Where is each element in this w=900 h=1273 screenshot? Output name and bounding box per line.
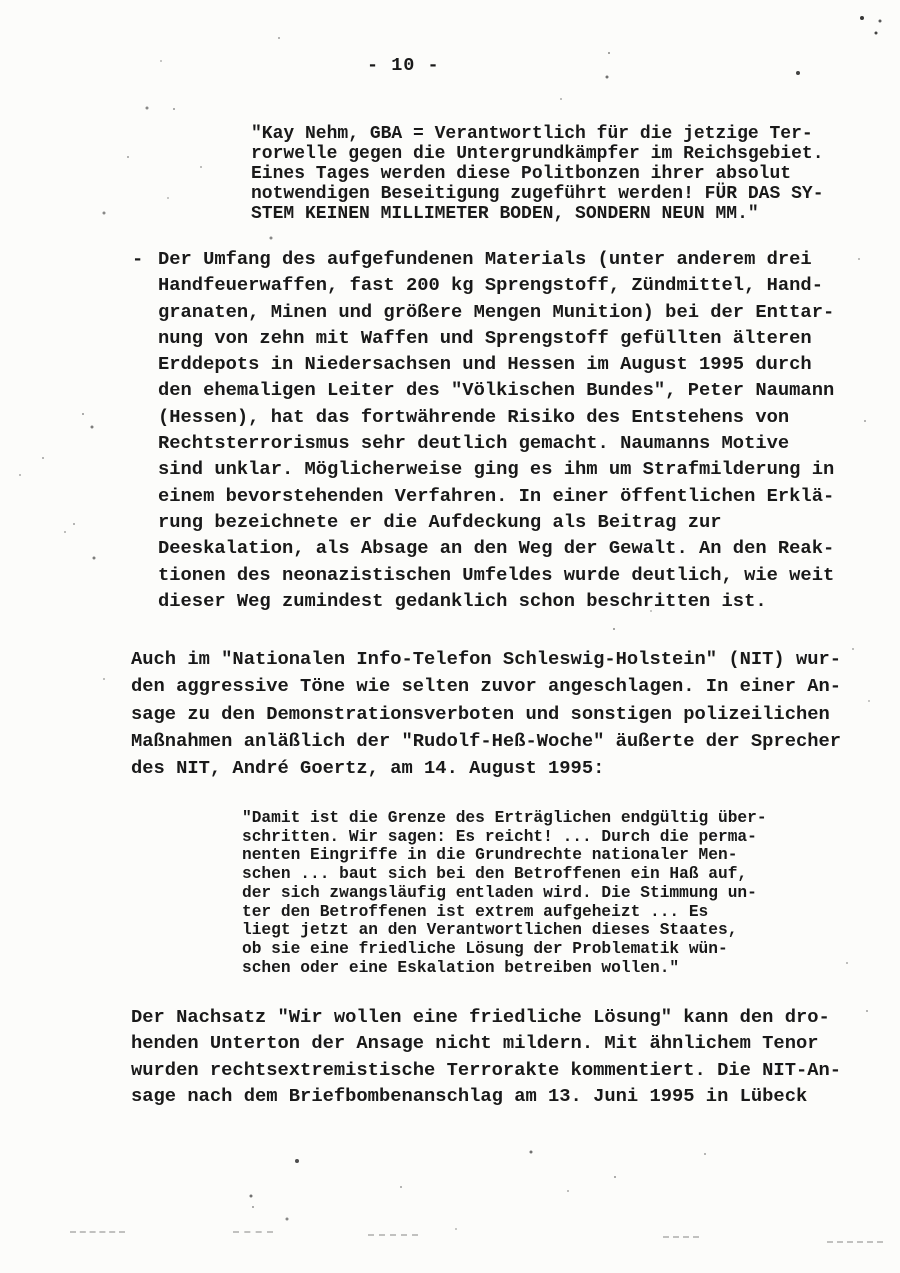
- scan-artifact-dash: [233, 1231, 273, 1233]
- list-item-weapons-find: Der Umfang des aufgefundenen Materials (…: [158, 246, 834, 614]
- scan-artifact-dash: [70, 1231, 125, 1233]
- list-dash-marker: -: [132, 246, 143, 272]
- quote-block-kay-nehm: "Kay Nehm, GBA = Verantwortlich für die …: [251, 124, 824, 224]
- scan-artifact-dash: [827, 1241, 883, 1243]
- scan-artifact-dash: [368, 1234, 418, 1236]
- paragraph-nit-commentary: Der Nachsatz "Wir wollen eine friedliche…: [131, 1004, 841, 1110]
- scan-artifact-dash: [663, 1236, 699, 1238]
- scan-noise-specks: [0, 0, 2, 2]
- quote-block-nit-announcement: "Damit ist die Grenze des Erträglichen e…: [242, 809, 767, 977]
- paragraph-nit-intro: Auch im "Nationalen Info-Telefon Schlesw…: [131, 646, 841, 782]
- scanned-document-page: - 10 - "Kay Nehm, GBA = Verantwortlich f…: [0, 0, 900, 1273]
- page-number: - 10 -: [367, 56, 440, 76]
